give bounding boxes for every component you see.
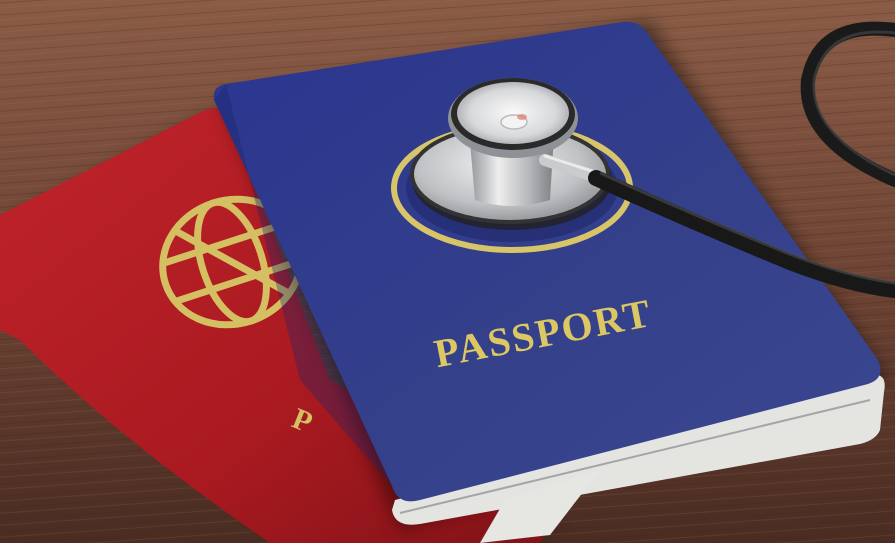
photo-illustration: P PASSPORT xyxy=(0,0,895,543)
stethoscope-bell xyxy=(457,82,569,144)
photo-scene: P PASSPORT xyxy=(0,0,895,543)
